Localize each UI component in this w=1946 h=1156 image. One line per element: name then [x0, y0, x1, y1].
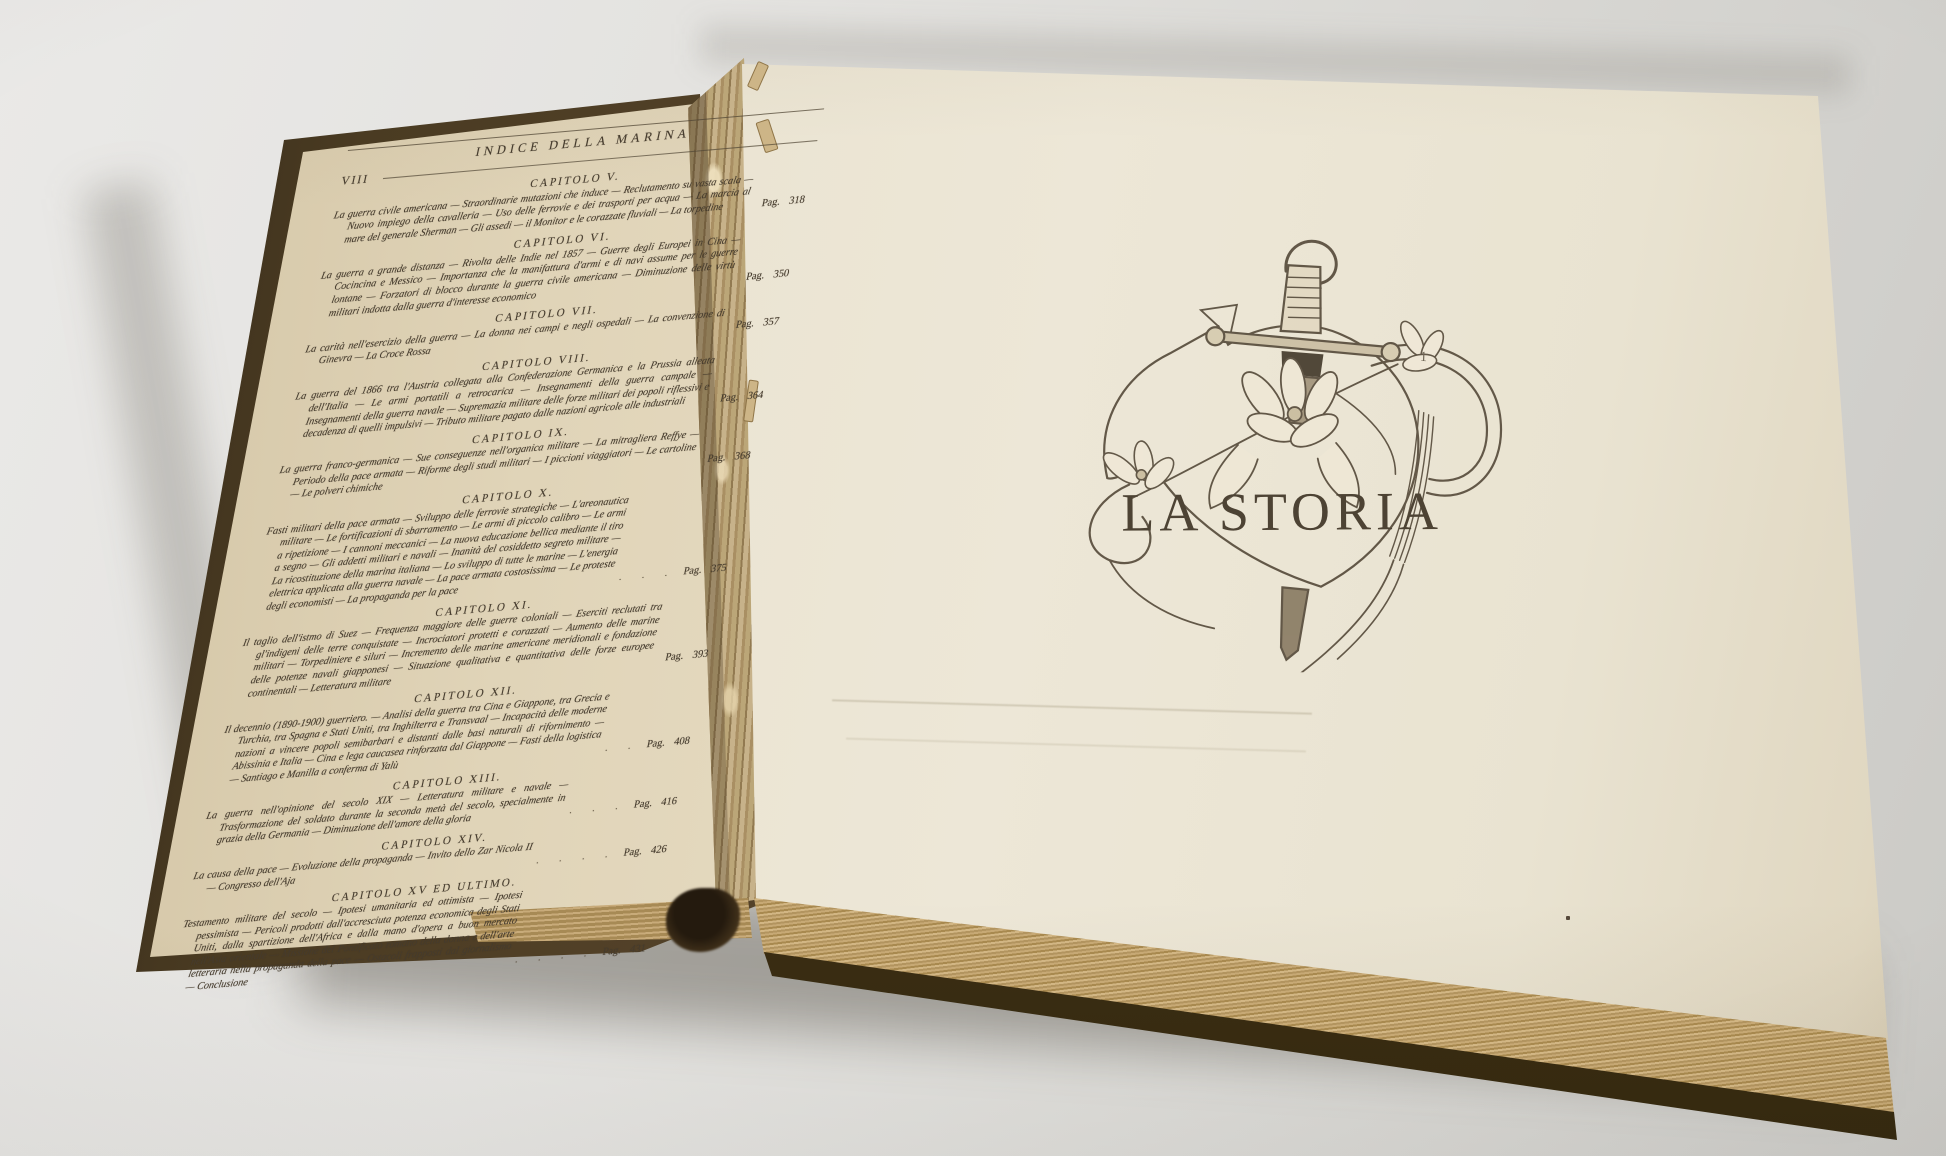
chapter-page-ref: Pag.426: [622, 843, 668, 859]
paper-speck: [1566, 916, 1570, 920]
sword-grip: [1281, 265, 1325, 333]
pag-label: Pag.: [761, 197, 782, 210]
pag-label: Pag.: [745, 270, 766, 283]
pag-number: 431: [629, 943, 647, 956]
chapter-page-ref: Pag.364: [719, 389, 765, 405]
pag-number: 318: [788, 195, 806, 208]
book-photo-scene: INDICE DELLA MARINA VIII CAPITOLO V. La …: [0, 0, 1946, 1156]
pag-label: Pag.: [623, 845, 644, 858]
ribbon-tail: [1338, 563, 1404, 660]
leader-dots: . . . .: [535, 848, 618, 867]
pag-number: 350: [772, 268, 790, 281]
ribbon-left: [1108, 560, 1215, 628]
guard-ball-right: [1381, 343, 1400, 362]
page-folio-right: 1: [1420, 350, 1428, 366]
chapter-page-ref: Pag.357: [735, 316, 781, 332]
pag-number: 408: [673, 735, 691, 748]
pag-label: Pag.: [646, 737, 667, 750]
emblem-title: LA STORIA: [1121, 481, 1443, 543]
chapter-page-ref: Pag.393: [664, 649, 710, 665]
pag-label: Pag.: [633, 798, 654, 811]
pag-number: 416: [660, 796, 678, 809]
page-folio-left: VIII: [340, 173, 370, 188]
chapter-page-ref: Pag.368: [706, 450, 752, 466]
chapter-page-ref: Pag.318: [760, 195, 806, 211]
leader-dots: . .: [604, 739, 641, 754]
sword-blade-lower: [1278, 587, 1308, 660]
pag-label: Pag.: [719, 391, 740, 404]
pag-label: Pag.: [602, 945, 623, 958]
pag-number: 364: [746, 389, 764, 402]
pag-label: Pag.: [682, 564, 703, 577]
pag-number: 375: [710, 562, 728, 575]
guard-ball-left: [1206, 327, 1225, 346]
chapter-page-ref: Pag.350: [745, 268, 791, 284]
pag-number: 393: [691, 649, 709, 662]
leader-dots: . . .: [618, 566, 678, 583]
chapter-page-ref: Pag.375: [682, 562, 728, 578]
pag-number: 426: [650, 843, 668, 856]
pag-label: Pag.: [664, 651, 685, 664]
pag-label: Pag.: [706, 452, 727, 465]
chapter-page-ref: Pag.431: [601, 943, 647, 959]
pag-number: 368: [733, 450, 751, 463]
pag-label: Pag.: [735, 318, 756, 331]
ribbon-tail: [1295, 558, 1393, 677]
leader-dots: . . .: [568, 800, 628, 817]
chapter-page-ref: Pag.416: [633, 796, 679, 812]
chapter-page-ref: Pag.408: [645, 735, 691, 751]
pag-number: 357: [762, 316, 780, 329]
la-storia-emblem: LA STORIA: [1061, 215, 1522, 676]
